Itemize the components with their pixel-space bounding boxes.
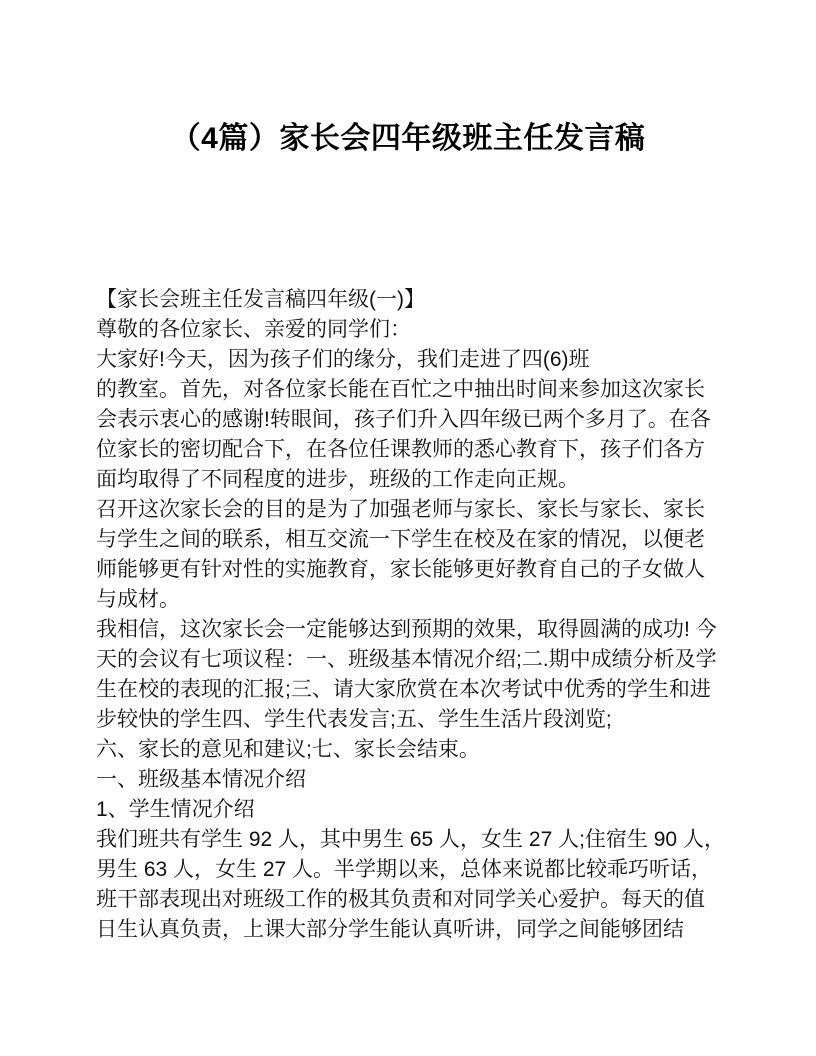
document-body: 【家长会班主任发言稿四年级(一)】 尊敬的各位家长、亲爱的同学们： 大家好!今天… bbox=[0, 285, 816, 945]
text-line: 我相信，这次家长会一定能够达到预期的效果，取得圆满的成功! 今 bbox=[96, 615, 724, 645]
text-line: 与成材。 bbox=[96, 585, 724, 615]
text-line: 尊敬的各位家长、亲爱的同学们： bbox=[96, 315, 724, 345]
text-line: 班干部表现出对班级工作的极其负责和对同学关心爱护。每天的值 bbox=[96, 885, 724, 915]
text-line: 男生 63 人，女生 27 人。半学期以来，总体来说都比较乖巧听话， bbox=[96, 855, 724, 885]
text-line: 与学生之间的联系，相互交流一下学生在校及在家的情况，以便老 bbox=[96, 525, 724, 555]
text-line: 一、班级基本情况介绍 bbox=[96, 765, 724, 795]
text-line: 的教室。首先，对各位家长能在百忙之中抽出时间来参加这次家长 bbox=[96, 375, 724, 405]
text-line: 生在校的表现的汇报;三、请大家欣赏在本次考试中优秀的学生和进 bbox=[96, 675, 724, 705]
text-line: 【家长会班主任发言稿四年级(一)】 bbox=[96, 285, 724, 315]
text-line: 会表示衷心的感谢!转眼间，孩子们升入四年级已两个多月了。在各 bbox=[96, 405, 724, 435]
document-title: （4篇）家长会四年级班主任发言稿 bbox=[0, 0, 816, 157]
text-line: 面均取得了不同程度的进步，班级的工作走向正规。 bbox=[96, 465, 724, 495]
text-line: 召开这次家长会的目的是为了加强老师与家长、家长与家长、家长 bbox=[96, 495, 724, 525]
text-line: 我们班共有学生 92 人，其中男生 65 人，女生 27 人;住宿生 90 人， bbox=[96, 825, 724, 855]
text-line: 位家长的密切配合下，在各位任课教师的悉心教育下，孩子们各方 bbox=[96, 435, 724, 465]
text-line: 步较快的学生四、学生代表发言;五、学生生活片段浏览; bbox=[96, 705, 724, 735]
document-page: （4篇）家长会四年级班主任发言稿 【家长会班主任发言稿四年级(一)】 尊敬的各位… bbox=[0, 0, 816, 1056]
text-line: 1、学生情况介绍 bbox=[96, 795, 724, 825]
text-line: 日生认真负责，上课大部分学生能认真听讲，同学之间能够团结 bbox=[96, 915, 724, 945]
text-line: 天的会议有七项议程：一、班级基本情况介绍;二.期中成绩分析及学 bbox=[96, 645, 724, 675]
text-line: 六、家长的意见和建议;七、家长会结束。 bbox=[96, 735, 724, 765]
text-line: 大家好!今天，因为孩子们的缘分，我们走进了四(6)班 bbox=[96, 345, 724, 375]
text-line: 师能够更有针对性的实施教育，家长能够更好教育自己的子女做人 bbox=[96, 555, 724, 585]
